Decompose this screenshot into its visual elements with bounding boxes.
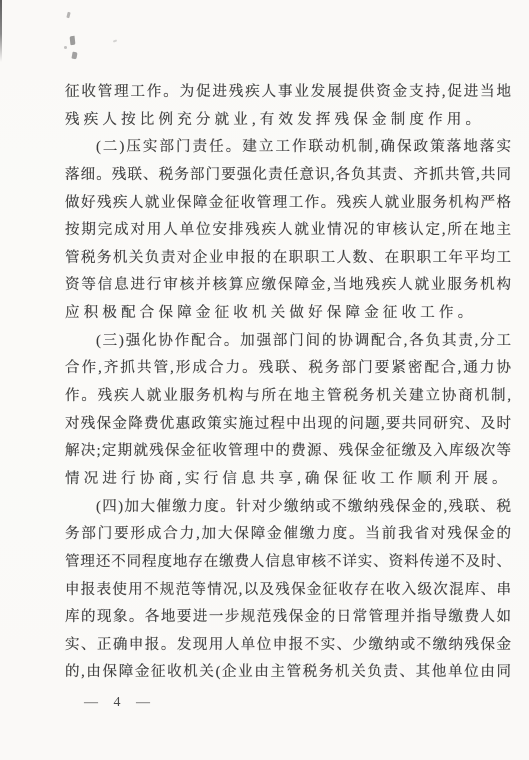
text-line: 合作,齐抓共管,形成合力。残联、税务部门要紧密配合,通力协 [65, 355, 511, 383]
text-line: (三)强化协作配合。加强部门间的协调配合,各负其责,分工 [65, 328, 511, 356]
text-line: 做好残疾人就业保障金征收管理工作。残疾人就业服务机构严格 [65, 190, 511, 218]
text-line: (四)加大催缴力度。针对少缴纳或不缴纳残保金的,残联、税 [65, 494, 511, 522]
text-line: 的,由保障金征收机关(企业由主管税务机关负责、其他单位由同 [65, 659, 511, 687]
text-line: 资等信息进行审核并核算应缴保障金,当地残疾人就业服务机构 [65, 272, 511, 300]
pencil-mark [113, 39, 117, 42]
text-line: 作。残疾人就业服务机构与所在地主管税务机关建立协商机制, [65, 383, 511, 411]
text-line: 残疾人按比例充分就业,有效发挥残保金制度作用。 [65, 107, 511, 135]
page-number: — 4 — [84, 695, 152, 711]
scan-edge-artifact [0, 0, 2, 62]
text-line: 应积极配合保障金征收机关做好保障金征收工作。 [65, 300, 511, 328]
text-line: 申报表使用不规范等情况,以及残保金征收存在收入级次混库、串 [65, 577, 511, 605]
pencil-mark [71, 52, 77, 60]
text-line: 库的现象。各地要进一步规范残保金的日常管理并指导缴费人如 [65, 604, 511, 632]
text-line: (二)压实部门责任。建立工作联动机制,确保政策落地落实 [65, 134, 511, 162]
text-line: 落细。残联、税务部门要强化责任意识,各负其责、齐抓共管,共同 [65, 162, 511, 190]
pencil-mark [66, 12, 70, 19]
text-line: 解决;定期就残保金征收管理中的费源、残保金征缴及入库级次等 [65, 438, 511, 466]
text-line: 情况进行协商,实行信息共享,确保征收工作顺利开展。 [65, 466, 511, 494]
document-body: 征收管理工作。为促进残疾人事业发展提供资金支持,促进当地 残疾人按比例充分就业,… [65, 79, 511, 687]
text-line: 对残保金降费优惠政策实施过程中出现的问题,要共同研究、及时 [65, 411, 511, 439]
text-line: 实、正确申报。发现用人单位申报不实、少缴纳或不缴纳残保金 [65, 632, 511, 660]
text-line: 按期完成对用人单位安排残疾人就业情况的审核认定,所在地主 [65, 217, 511, 245]
pencil-mark [70, 36, 76, 45]
text-line: 征收管理工作。为促进残疾人事业发展提供资金支持,促进当地 [65, 79, 511, 107]
text-line: 管税务机关负责对企业申报的在职职工人数、在职职工年平均工 [65, 245, 511, 273]
document-page: 征收管理工作。为促进残疾人事业发展提供资金支持,促进当地 残疾人按比例充分就业,… [0, 0, 529, 760]
pencil-mark [64, 46, 67, 49]
text-line: 务部门要形成合力,加大保障金催缴力度。当前我省对残保金的 [65, 521, 511, 549]
text-line: 管理还不同程度地存在缴费人信息审核不详实、资料传递不及时、 [65, 549, 511, 577]
